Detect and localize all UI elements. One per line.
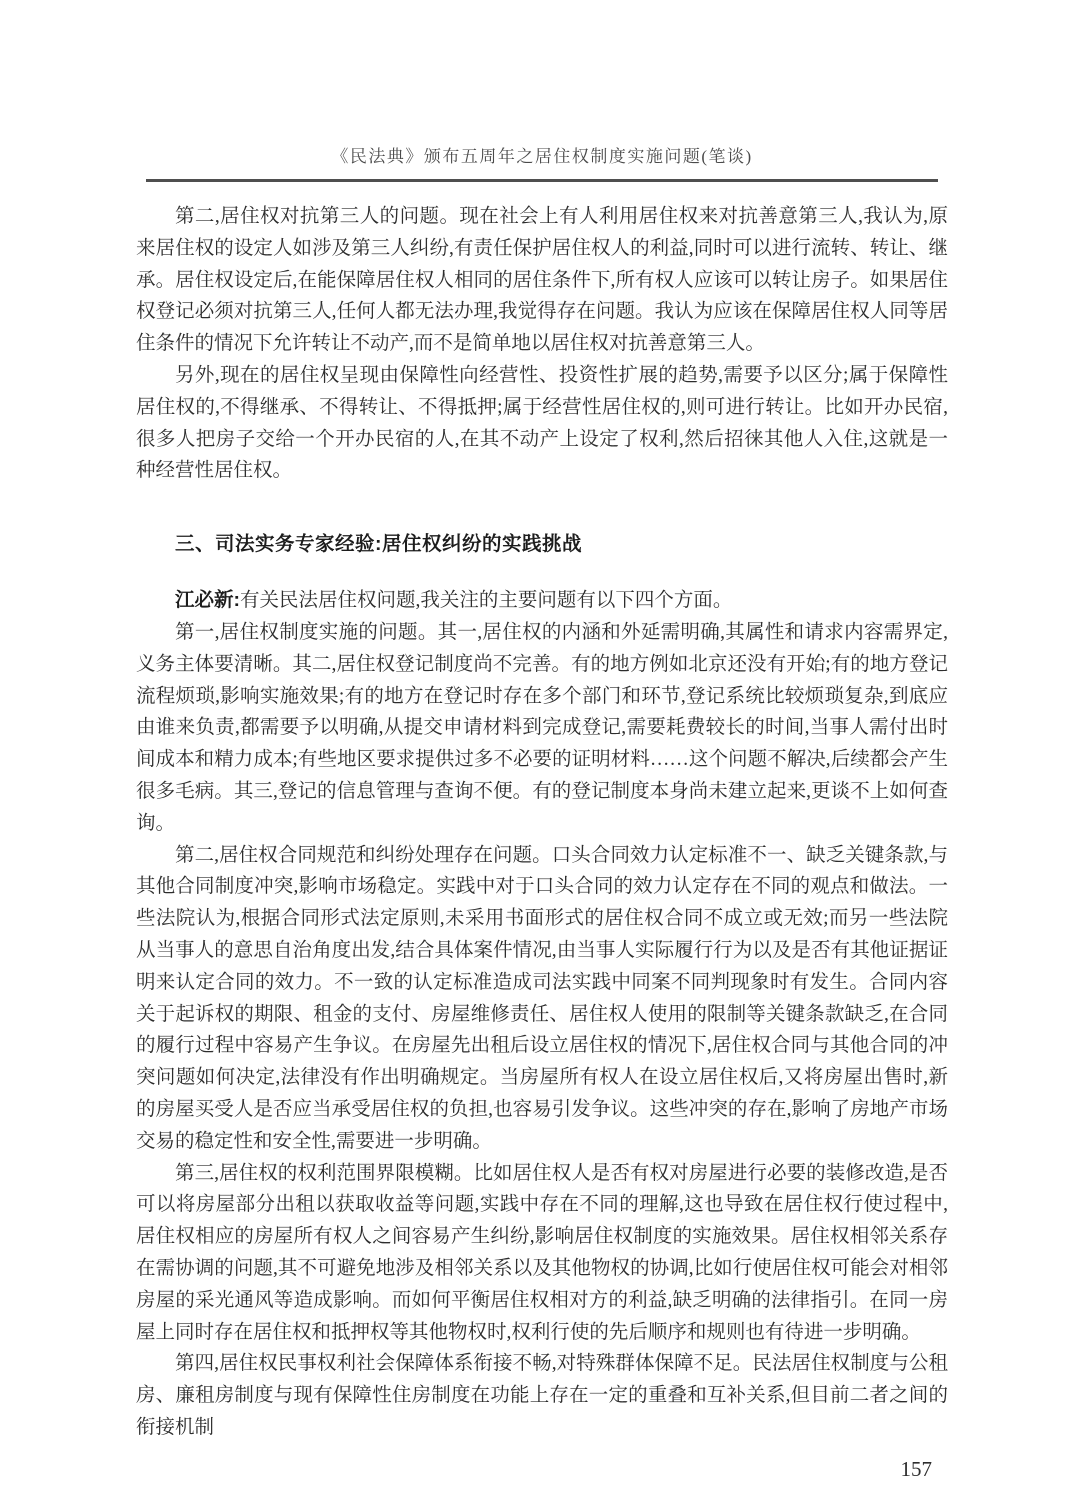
section-heading: 三、司法实务专家经验:居住权纠纷的实践挑战 [136, 528, 948, 560]
paragraph: 第三,居住权的权利范围界限模糊。比如居住权人是否有权对房屋进行必要的装修改造,是… [136, 1158, 948, 1349]
paragraph: 第二,居住权合同规范和纠纷处理存在问题。口头合同效力认定标准不一、缺乏关键条款,… [136, 840, 948, 1158]
article-body: 第二,居住权对抗第三人的问题。现在社会上有人利用居住权来对抗善意第三人,我认为,… [136, 201, 948, 1444]
paragraph: 第二,居住权对抗第三人的问题。现在社会上有人利用居住权来对抗善意第三人,我认为,… [136, 201, 948, 360]
paragraph: 另外,现在的居住权呈现由保障性向经营性、投资性扩展的趋势,需要予以区分;属于保障… [136, 360, 948, 487]
speaker-statement: 有关民法居住权问题,我关注的主要问题有以下四个方面。 [240, 590, 732, 611]
header-divider [146, 179, 938, 182]
document-page: 《民法典》颁布五周年之居住权制度实施问题(笔谈) 第二,居住权对抗第三人的问题。… [0, 0, 1080, 1508]
speaker-paragraph: 江必新:有关民法居住权问题,我关注的主要问题有以下四个方面。 [136, 585, 948, 617]
running-header-title: 《民法典》颁布五周年之居住权制度实施问题(笔谈) [136, 146, 948, 168]
paragraph: 第一,居住权制度实施的问题。其一,居住权的内涵和外延需明确,其属性和请求内容需界… [136, 617, 948, 840]
page-number: 157 [136, 1454, 948, 1484]
speaker-name: 江必新: [175, 589, 240, 611]
paragraph: 第四,居住权民事权利社会保障体系衔接不畅,对特殊群体保障不足。民法居住权制度与公… [136, 1348, 948, 1443]
